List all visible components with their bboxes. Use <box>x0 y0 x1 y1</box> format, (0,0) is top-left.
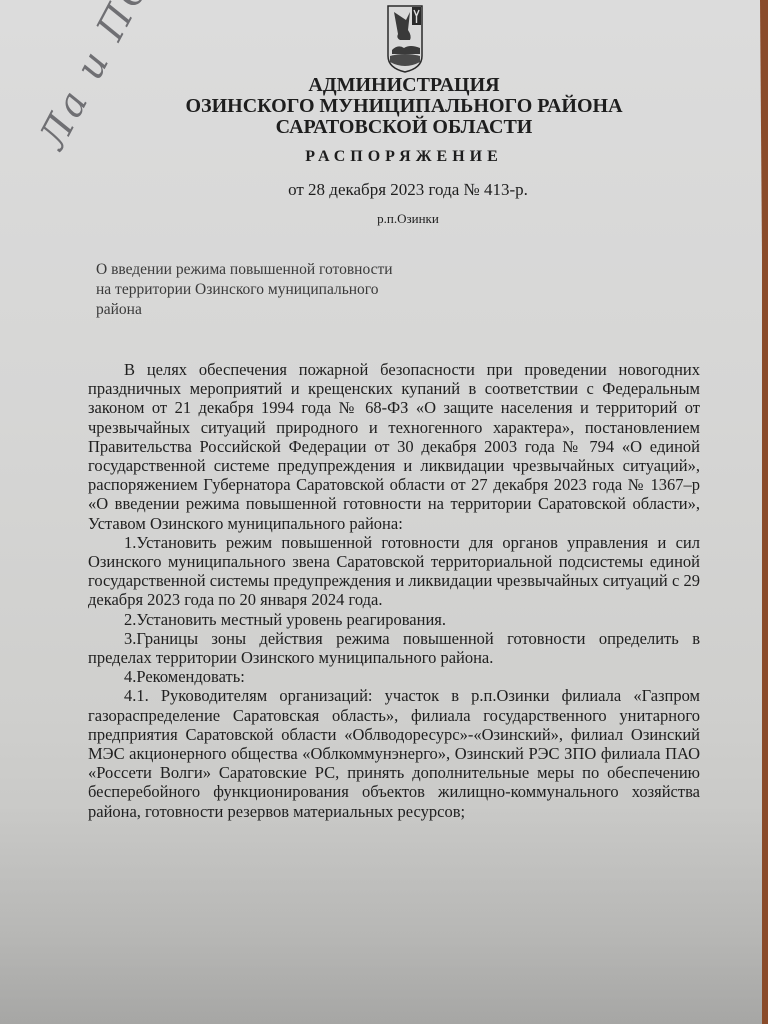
document-body: В целях обеспечения пожарной безопасност… <box>88 360 700 821</box>
item-3-paragraph: 3.Границы зоны действия режима повышенно… <box>88 629 700 667</box>
subject-line: О введении режима повышенной готовности <box>96 260 393 280</box>
document-type: РАСПОРЯЖЕНИЕ <box>20 148 768 166</box>
org-name-line3: САРАТОВСКОЙ ОБЛАСТИ <box>20 116 768 139</box>
document-page: Ла и ПС АДМИНИСТРАЦИЯ ОЗИНСКОГО МУНИЦИПА… <box>0 0 762 1024</box>
subject-line: района <box>96 300 393 320</box>
item-4-1-paragraph: 4.1. Руководителям организаций: участок … <box>88 686 700 820</box>
coat-of-arms-icon <box>386 4 424 74</box>
org-name-line2: ОЗИНСКОГО МУНИЦИПАЛЬНОГО РАЙОНА <box>20 95 768 118</box>
item-1-paragraph: 1.Установить режим повышенной готовности… <box>88 533 700 610</box>
document-subject: О введении режима повышенной готовности … <box>96 260 393 320</box>
org-name-line1: АДМИНИСТРАЦИЯ <box>20 74 768 97</box>
document-date-number: от 28 декабря 2023 года № 413-р. <box>24 180 768 200</box>
page-shadow <box>0 804 762 1024</box>
item-4-paragraph: 4.Рекомендовать: <box>88 667 700 686</box>
item-2-paragraph: 2.Установить местный уровень реагировани… <box>88 610 700 629</box>
subject-line: на территории Озинского муниципального <box>96 280 393 300</box>
document-place: р.п.Озинки <box>24 211 768 227</box>
preamble-paragraph: В целях обеспечения пожарной безопасност… <box>88 360 700 533</box>
